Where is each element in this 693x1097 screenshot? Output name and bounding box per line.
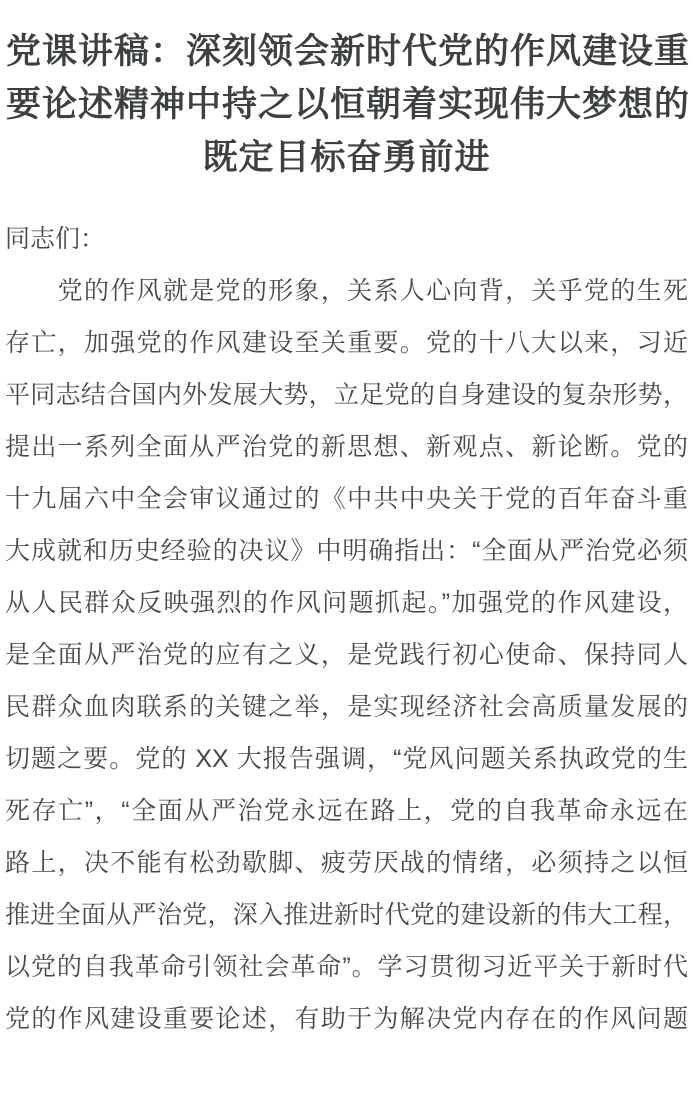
paragraph-line: 切题之要。党的 XX 大报告强调，“党风问题关系执政党的生 (5, 733, 688, 785)
paragraph-line: 以党的自我革命引领社会革命”。学习贯彻习近平关于新时代 (5, 941, 688, 993)
paragraph-line: 十九届六中全会审议通过的《中共中央关于党的百年奋斗重 (5, 473, 688, 525)
paragraph-line: 推进全面从严治党，深入推进新时代党的建设新的伟大工程， (5, 889, 688, 941)
paragraph-line: 路上，决不能有松劲歇脚、疲劳厌战的情绪，必须持之以恒 (5, 837, 688, 889)
title-line: 党课讲稿：深刻领会新时代党的作风建设重 (6, 25, 687, 78)
paragraph-line: 从人民群众反映强烈的作风问题抓起。”加强党的作风建设， (5, 577, 688, 629)
paragraph-line: 党的作风建设重要论述，有助于为解决党内存在的作风问题 (5, 993, 688, 1045)
paragraph-line: 是全面从严治党的应有之义，是党践行初心使命、保持同人 (5, 629, 688, 681)
paragraph-line: 死存亡”，“全面从严治党永远在路上，党的自我革命永远在 (5, 785, 688, 837)
paragraph-line: 民群众血肉联系的关键之举，是实现经济社会高质量发展的 (5, 681, 688, 733)
salutation: 同志们： (0, 213, 693, 265)
paragraph-line: 党的作风就是党的形象，关系人心向背，关乎党的生死 (5, 265, 688, 317)
paragraph-line: 平同志结合国内外发展大势，立足党的自身建设的复杂形势， (5, 369, 688, 421)
paragraph-line: 大成就和历史经验的决议》中明确指出：“全面从严治党必须 (5, 525, 688, 577)
paragraph-line: 存亡，加强党的作风建设至关重要。党的十八大以来，习近 (5, 317, 688, 369)
page-title: 党课讲稿：深刻领会新时代党的作风建设重 要论述精神中持之以恒朝着实现伟大梦想的 … (0, 0, 693, 184)
title-line: 要论述精神中持之以恒朝着实现伟大梦想的 (6, 78, 687, 131)
paragraph-line: 提出一系列全面从严治党的新思想、新观点、新论断。党的 (5, 421, 688, 473)
title-line: 既定目标奋勇前进 (6, 131, 687, 184)
document-page: 党课讲稿：深刻领会新时代党的作风建设重 要论述精神中持之以恒朝着实现伟大梦想的 … (0, 0, 693, 1097)
body-paragraph: 党的作风就是党的形象，关系人心向背，关乎党的生死 存亡，加强党的作风建设至关重要… (0, 265, 693, 1045)
